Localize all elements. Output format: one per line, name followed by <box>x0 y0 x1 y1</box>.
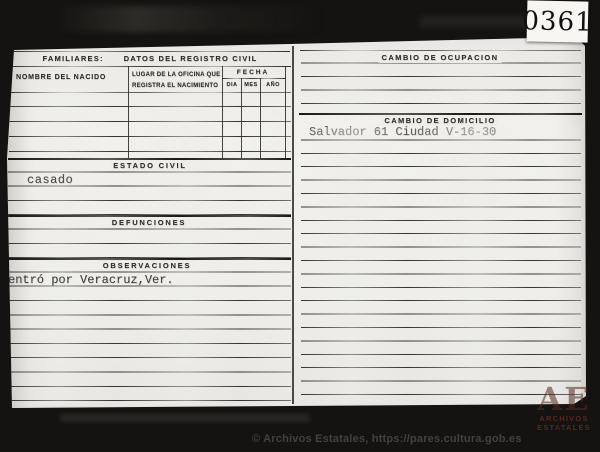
registro-civil-title: DATOS DEL REGISTRO CIVIL <box>121 53 261 64</box>
oficina-line2: REGISTRA EL NACIMIENTO <box>129 81 221 92</box>
table-col-divider-mes-ano <box>260 78 261 158</box>
registry-card: FAMILIARES: DATOS DEL REGISTRO CIVIL NOM… <box>0 0 600 452</box>
estado-civil-label: ESTADO CIVIL <box>110 160 190 171</box>
right-ruled-lines-lower <box>301 127 581 403</box>
document-number: 0361 <box>522 6 593 37</box>
cambio-ocupacion-label: CAMBIO DE OCUPACION <box>379 52 502 63</box>
logo-monogram: AE <box>530 384 598 414</box>
table-col-divider-dia-mes <box>241 78 242 158</box>
table-row-lines <box>9 92 291 158</box>
table-right-border <box>285 66 286 158</box>
scan-noise-bottom <box>60 414 310 422</box>
archivos-estatales-logo: AE ARCHIVOS ESTATALES <box>530 384 598 432</box>
subcolumn-dia: DIA <box>224 81 241 89</box>
oficina-line1: LUGAR DE LA OFICINA QUE <box>129 70 221 81</box>
fecha-subheader-line <box>222 78 285 79</box>
familiares-label: FAMILIARES: <box>40 53 107 64</box>
observaciones-label: OBSERVACIONES <box>100 260 195 271</box>
archive-watermark: © Archivos Estatales, https://pares.cult… <box>252 433 522 445</box>
scanned-registry-card-page: FAMILIARES: DATOS DEL REGISTRO CIVIL NOM… <box>0 0 600 452</box>
scan-noise-top <box>55 6 325 32</box>
column-header-nombre: NOMBRE DEL NACIDO <box>13 73 109 82</box>
column-header-oficina: LUGAR DE LA OFICINA QUE REGISTRA EL NACI… <box>129 70 221 91</box>
card-center-divider <box>292 46 294 404</box>
logo-text-line2: ESTATALES <box>530 423 598 432</box>
observaciones-entry: entró por Veracruz,Ver. <box>8 273 174 287</box>
table-top-line <box>13 51 290 52</box>
left-edge-line-bleed <box>0 158 8 405</box>
defunciones-label: DEFUNCIONES <box>109 217 189 228</box>
estado-civil-entry: casado <box>27 173 73 187</box>
column-header-fecha: FECHA <box>234 68 272 77</box>
logo-text-line1: ARCHIVOS <box>530 414 598 423</box>
table-col-divider-2 <box>222 66 223 158</box>
table-title-row: FAMILIARES: DATOS DEL REGISTRO CIVIL <box>9 53 291 64</box>
document-number-sticker: 0361 <box>527 0 589 42</box>
table-title-underline <box>11 66 291 67</box>
subcolumn-ano: AÑO <box>263 81 283 89</box>
subcolumn-mes: MES <box>241 81 260 89</box>
